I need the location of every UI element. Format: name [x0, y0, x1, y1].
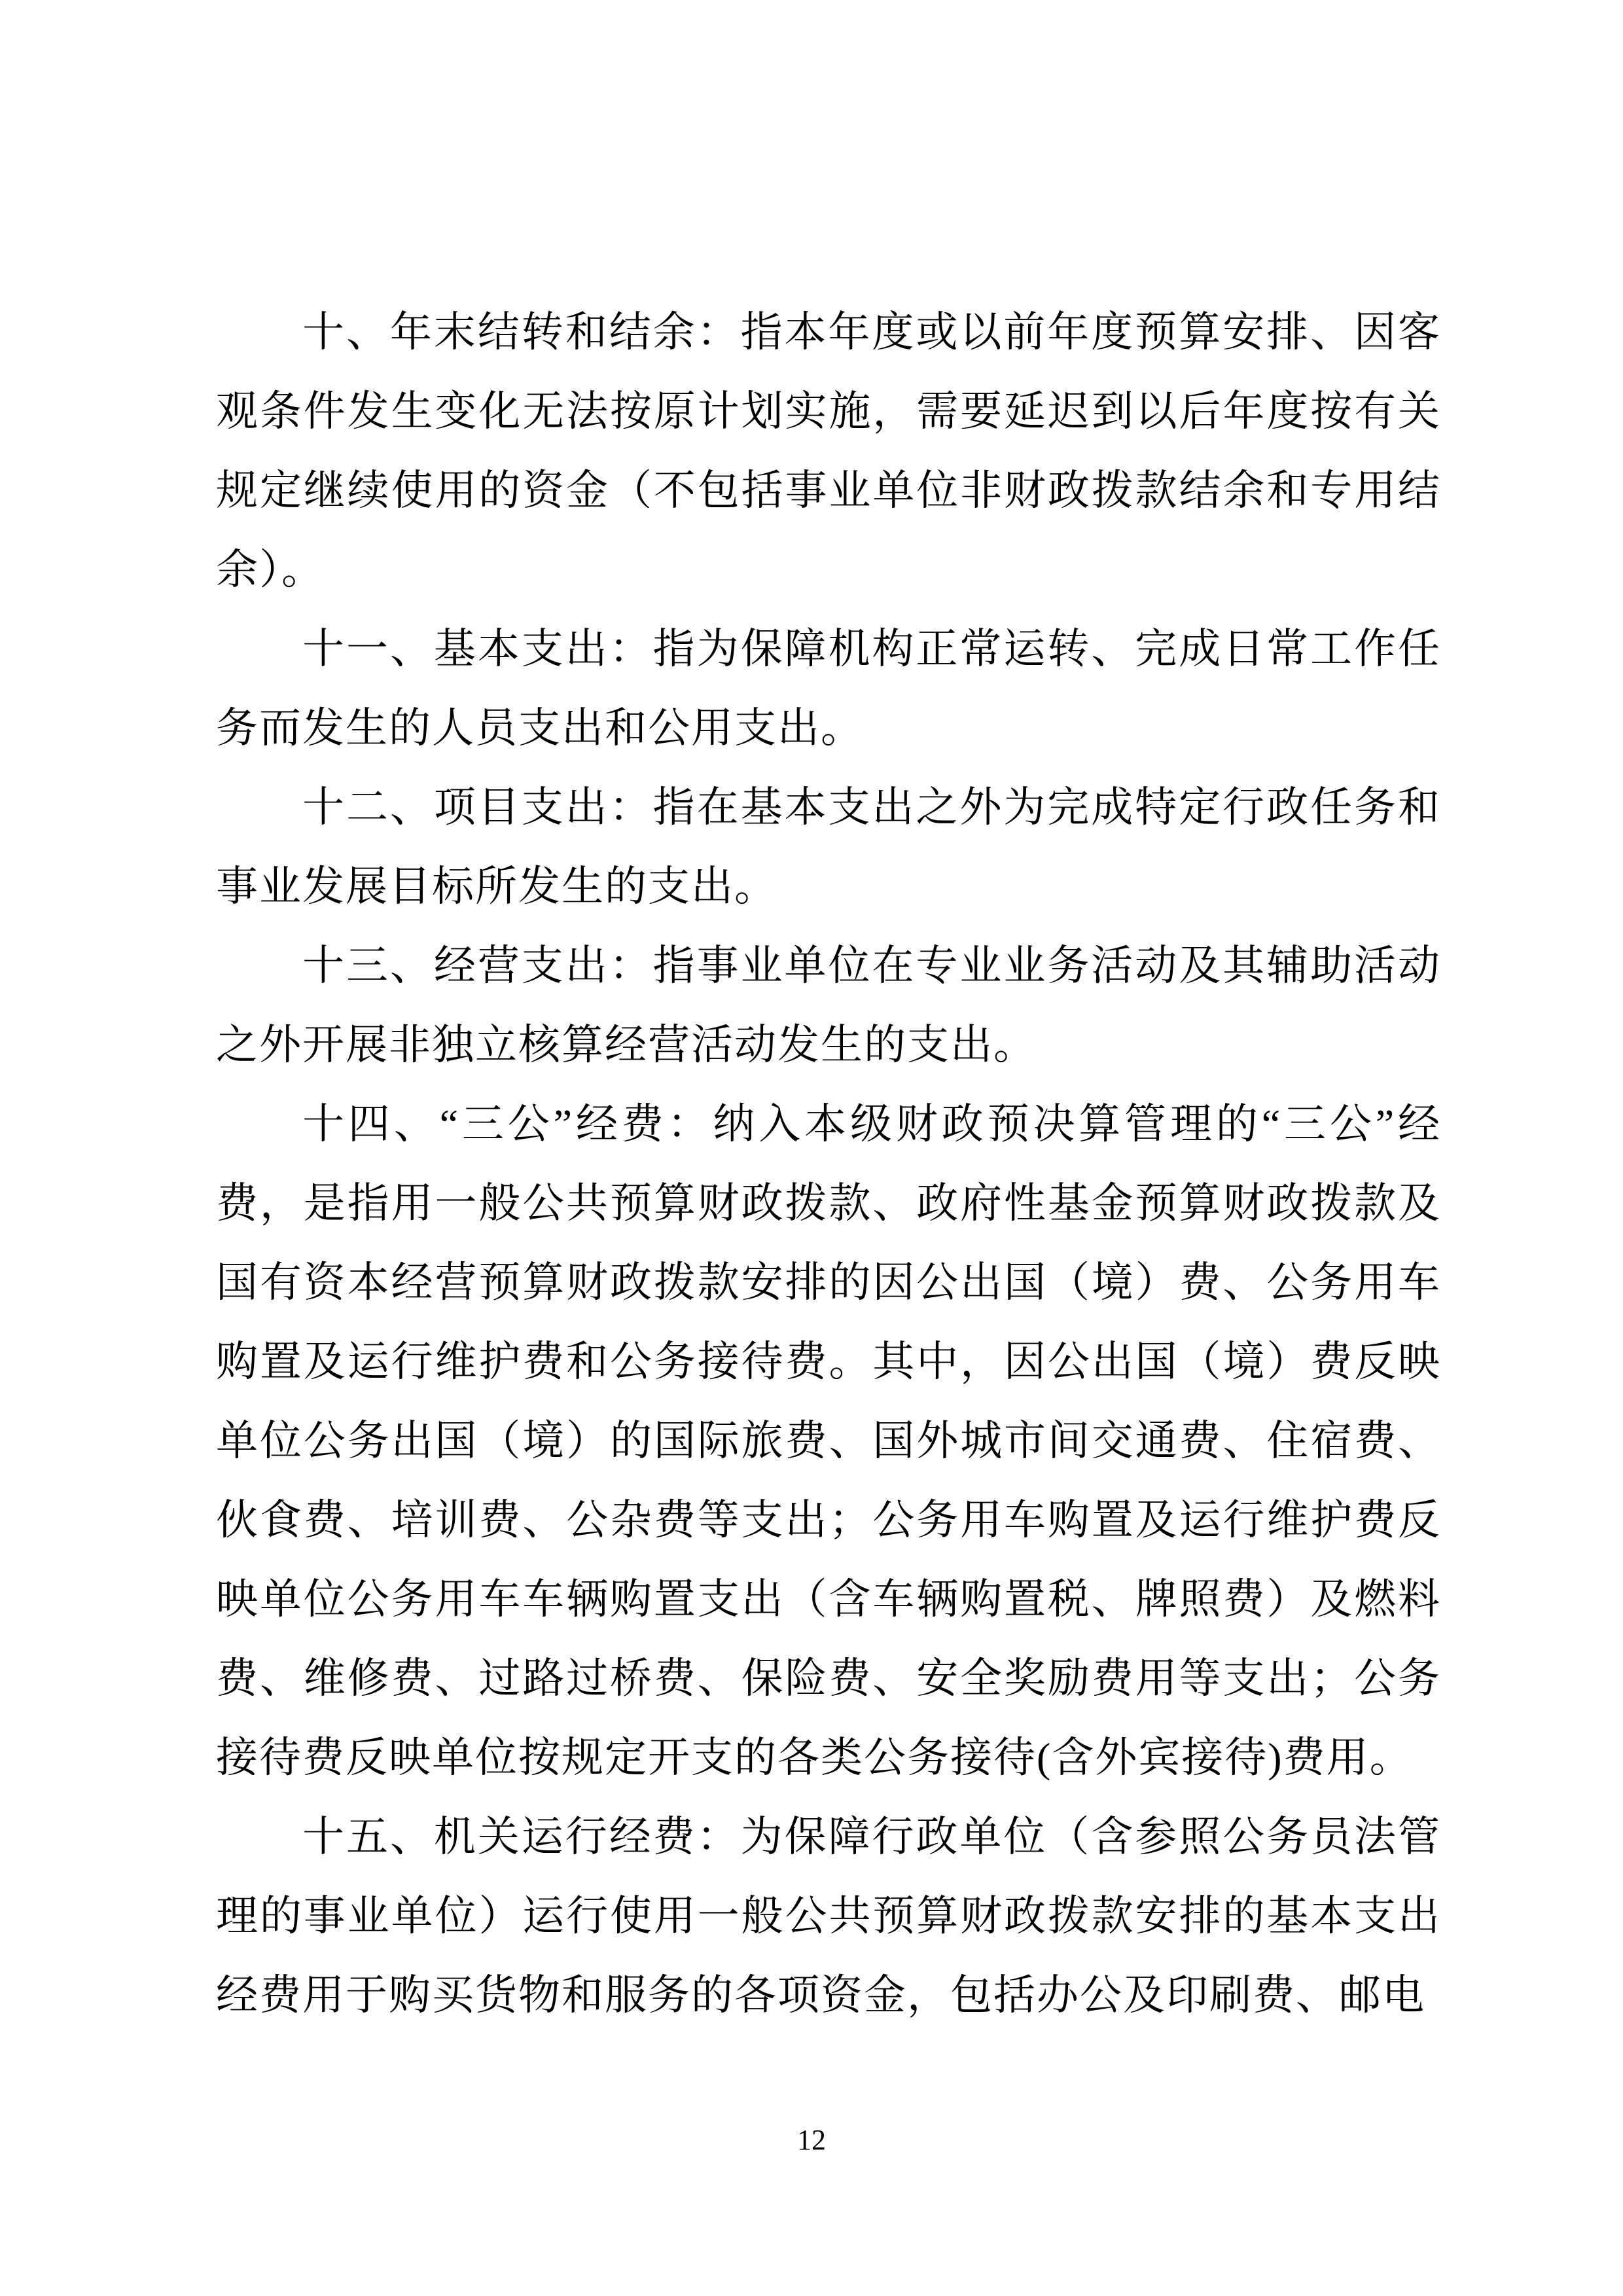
paragraph-item-13-operating-expenditure: 十三、经营支出：指事业单位在专业业务活动及其辅助活动之外开展非独立核算经营活动发… [216, 926, 1441, 1085]
paragraph-item-15-agency-operating-funds: 十五、机关运行经费：为保障行政单位（含参照公务员法管理的事业单位）运行使用一般公… [216, 1797, 1441, 2035]
text-block: 十、年末结转和结余：指本年度或以前年度预算安排、因客观条件发生变化无法按原计划实… [216, 293, 1441, 2035]
document-page: 十、年末结转和结余：指本年度或以前年度预算安排、因客观条件发生变化无法按原计划实… [0, 0, 1623, 2296]
paragraph-item-12-project-expenditure: 十二、项目支出：指在基本支出之外为完成特定行政任务和事业发展目标所发生的支出。 [216, 768, 1441, 926]
paragraph-item-14-three-public-funds: 十四、“三公”经费：纳入本级财政预决算管理的“三公”经费，是指用一般公共预算财政… [216, 1085, 1441, 1797]
paragraph-item-11-basic-expenditure: 十一、基本支出：指为保障机构正常运转、完成日常工作任务而发生的人员支出和公用支出… [216, 609, 1441, 768]
paragraph-item-10-year-end-carryover: 十、年末结转和结余：指本年度或以前年度预算安排、因客观条件发生变化无法按原计划实… [216, 293, 1441, 609]
page-number: 12 [0, 2121, 1623, 2160]
